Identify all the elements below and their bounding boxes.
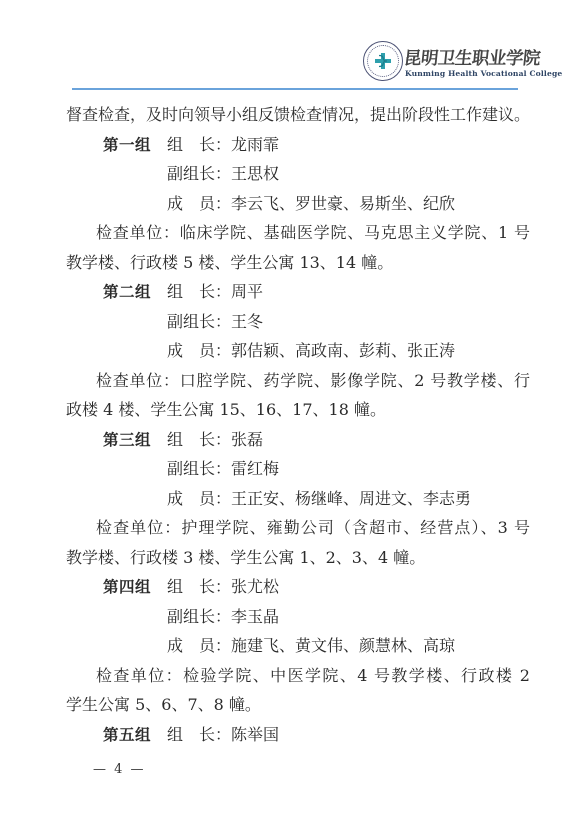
units-label: 检查单位：: [96, 666, 183, 685]
group-4-units-line-1: 检查单位：检验学院、中医学院、4 号教学楼、行政楼 2 楼、: [66, 661, 530, 691]
college-name-chinese: 昆明卫生职业学院: [403, 45, 546, 70]
deputy-name: 雷红梅: [231, 459, 279, 478]
group-2-members: 成 员：郭佶颖、高政南、彭莉、张正涛: [66, 336, 530, 366]
leader-label: 组 长：: [167, 577, 231, 596]
members-label: 成 员：: [167, 489, 231, 508]
deputy-label: 副组长：: [167, 312, 231, 331]
group-1-deputy: 副组长：王思权: [66, 159, 530, 189]
units-label: 检查单位：: [96, 371, 180, 390]
document-page: 昆明卫生职业学院 Kunming Health Vocational Colle…: [0, 0, 588, 828]
leader-name: 周平: [231, 282, 263, 301]
deputy-label: 副组长：: [167, 459, 231, 478]
members-label: 成 员：: [167, 341, 231, 360]
group-2-deputy: 副组长：王冬: [66, 307, 530, 337]
group-name: 第四组: [103, 578, 151, 596]
group-1-members: 成 员：李云飞、罗世豪、易斯坐、纪欣: [66, 189, 530, 219]
group-5-header: 第五组组 长：陈举国: [66, 720, 530, 750]
group-3-members: 成 员：王正安、杨继峰、周进文、李志勇: [66, 484, 530, 514]
group-3-header: 第三组组 长：张磊: [66, 425, 530, 455]
units-label: 检查单位：: [96, 223, 180, 242]
group-2-units-line-2: 政楼 4 楼、学生公寓 15、16、17、18 幢。: [66, 395, 530, 425]
leader-label: 组 长：: [167, 430, 231, 449]
members-label: 成 员：: [167, 194, 231, 213]
group-2-units-line-1: 检查单位：口腔学院、药学院、影像学院、2 号教学楼、行: [66, 366, 530, 396]
leader-name: 张磊: [231, 430, 263, 449]
leader-name: 龙雨霏: [231, 135, 279, 154]
deputy-label: 副组长：: [167, 164, 231, 183]
group-name: 第二组: [103, 283, 151, 301]
group-1-units-line-2: 教学楼、行政楼 5 楼、学生公寓 13、14 幢。: [66, 248, 530, 278]
group-3-deputy: 副组长：雷红梅: [66, 454, 530, 484]
group-name: 第三组: [103, 431, 151, 449]
members-names: 王正安、杨继峰、周进文、李志勇: [231, 489, 471, 508]
group-name: 第一组: [103, 136, 151, 154]
paragraph-line: 督查检查，及时向领导小组反馈检查情况，提出阶段性工作建议。: [66, 100, 530, 130]
group-4-header: 第四组组 长：张尤松: [66, 572, 530, 602]
group-2-header: 第二组组 长：周平: [66, 277, 530, 307]
document-body: 督查检查，及时向领导小组反馈检查情况，提出阶段性工作建议。 第一组组 长：龙雨霏…: [66, 100, 530, 749]
leader-name: 张尤松: [231, 577, 279, 596]
units-text: 临床学院、基础医学院、马克思主义学院、1 号: [180, 223, 530, 242]
members-names: 施建飞、黄文伟、颜慧林、高琼: [231, 636, 455, 655]
group-1-units-line-1: 检查单位：临床学院、基础医学院、马克思主义学院、1 号: [66, 218, 530, 248]
deputy-label: 副组长：: [167, 607, 231, 626]
deputy-name: 王思权: [231, 164, 279, 183]
members-names: 李云飞、罗世豪、易斯坐、纪欣: [231, 194, 455, 213]
units-label: 检查单位：: [96, 518, 181, 537]
medical-cross-icon: [373, 51, 393, 71]
college-name-english: Kunming Health Vocational College: [405, 69, 562, 78]
header-divider: [72, 88, 518, 90]
leader-label: 组 长：: [167, 135, 231, 154]
page-number: — 4 —: [93, 762, 146, 777]
leader-name: 陈举国: [231, 725, 279, 744]
group-4-deputy: 副组长：李玉晶: [66, 602, 530, 632]
group-3-units-line-2: 教学楼、行政楼 3 楼、学生公寓 1、2、3、4 幢。: [66, 543, 530, 573]
members-names: 郭佶颖、高政南、彭莉、张正涛: [231, 341, 455, 360]
leader-label: 组 长：: [167, 282, 231, 301]
units-text: 口腔学院、药学院、影像学院、2 号教学楼、行: [180, 371, 530, 390]
group-3-units-line-1: 检查单位：护理学院、雍勤公司（含超市、经营点）、3 号: [66, 513, 530, 543]
leader-label: 组 长：: [167, 725, 231, 744]
group-4-units-line-2: 学生公寓 5、6、7、8 幢。: [66, 690, 530, 720]
deputy-name: 李玉晶: [231, 607, 279, 626]
units-text: 护理学院、雍勤公司（含超市、经营点）、3 号: [181, 518, 530, 537]
college-seal-logo: [363, 41, 403, 81]
group-4-members: 成 员：施建飞、黄文伟、颜慧林、高琼: [66, 631, 530, 661]
group-name: 第五组: [103, 726, 151, 744]
deputy-name: 王冬: [231, 312, 263, 331]
members-label: 成 员：: [167, 636, 231, 655]
group-1-header: 第一组组 长：龙雨霏: [66, 130, 530, 160]
